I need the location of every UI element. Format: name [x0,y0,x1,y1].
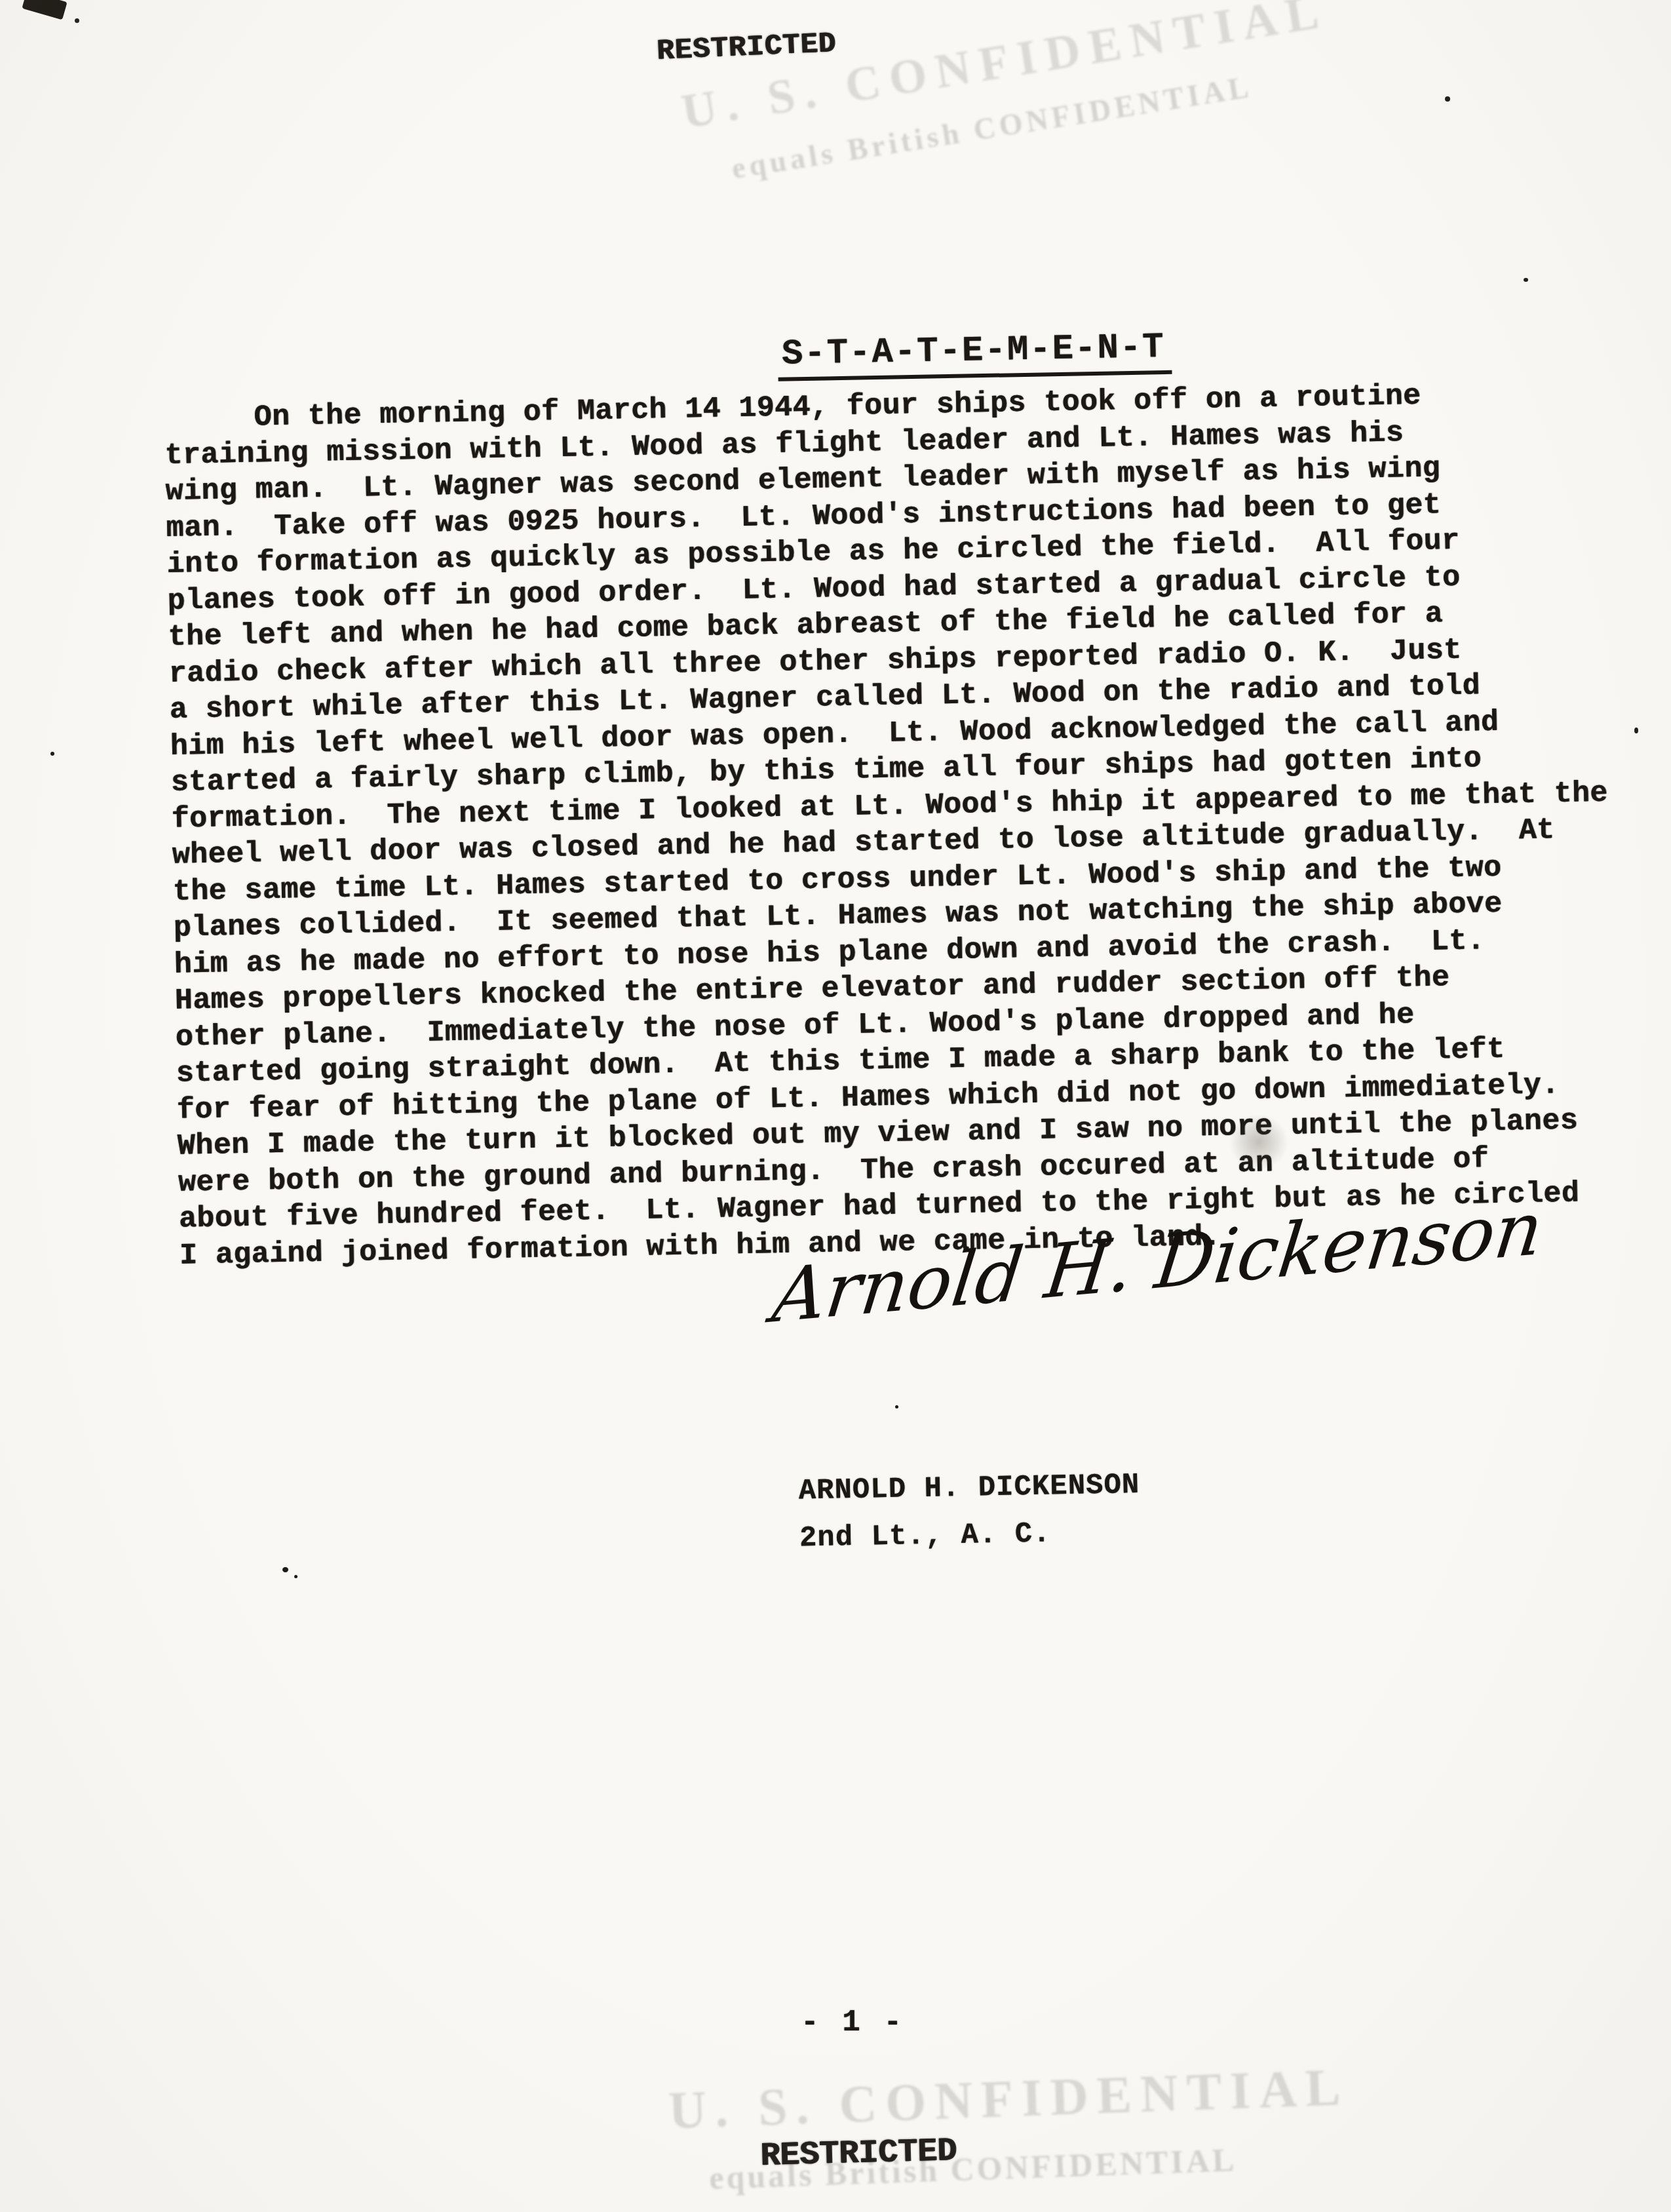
statement-title: S-T-A-T-E-M-E-N-T [777,328,1172,381]
us-confidential-stamp-top: U. S. CONFIDENTIAL [678,0,1331,140]
us-confidential-stamp-bottom: U. S. CONFIDENTIAL [668,2058,1350,2141]
equals-british-confidential-stamp-top: equals British CONFIDENTIAL [729,69,1255,185]
page-number: - 1 - [801,2006,904,2040]
scan-speck [50,752,54,756]
restricted-stamp-bottom: RESTRICTED [759,2133,957,2175]
scan-speck [1524,278,1528,282]
signer-typed-name: ARNOLD H. DICKENSON [798,1469,1140,1508]
scan-speck [294,1575,298,1578]
ink-smudge [1229,1114,1288,1170]
scan-speck [282,1567,288,1572]
scan-speck [1634,728,1638,733]
scanned-document-page: U. S. CONFIDENTIAL equals British CONFID… [0,0,1671,2212]
scan-speck [75,18,79,23]
statement-body: On the morning of March 14 1944, four sh… [164,375,1616,1274]
signer-rank: 2nd Lt., A. C. [799,1517,1052,1555]
scan-corner-mark [22,0,67,20]
typewritten-content: S-T-A-T-E-M-E-N-T On the morning of Marc… [163,300,1671,1704]
restricted-stamp-top: RESTRICTED [656,28,837,68]
scan-speck [895,1405,898,1408]
scan-speck [1445,96,1450,102]
